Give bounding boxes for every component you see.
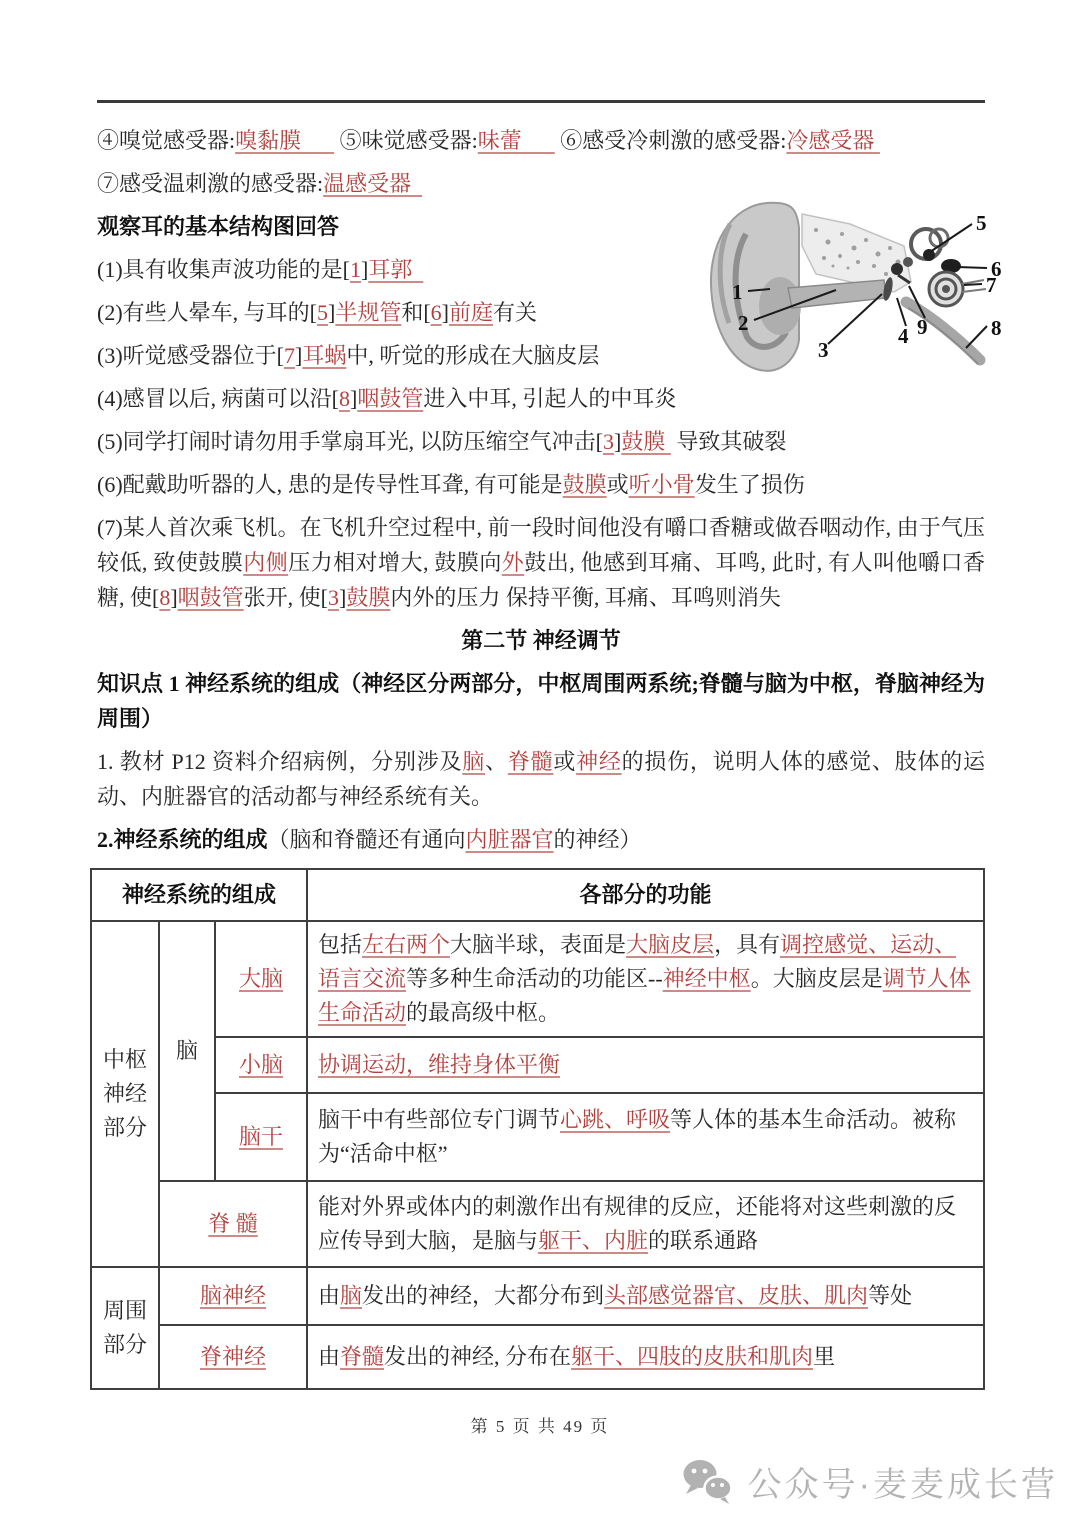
nervous-system-table: 神经系统的组成各部分的功能中枢 神经 部分脑大脑包括左右两个大脑半球，表面是大脑… [90,868,985,1390]
answer-text: 脑 [462,749,485,774]
answer-text: 躯干、四肢的皮肤和肌肉 [571,1344,813,1369]
answer-text: 咽鼓管 [178,585,244,610]
table-cell: 小脑 [215,1037,307,1093]
answer-text: 3 [328,585,339,610]
brand-footer: 公众号·麦麦成长营 [680,1455,1058,1507]
table-cell: 脊神经 [159,1325,307,1389]
answer-text: 内脏器官 [466,827,554,852]
table-cell: 脑 [159,921,215,1181]
body-text: 或 [553,749,576,774]
body-text: 。大脑皮层是 [751,966,883,991]
answer-text: 8 [339,386,350,411]
body-text: ⑦感受温刺激的感受器: [97,171,323,196]
body-text: 大脑半球，表面是 [450,932,626,957]
body-text: 中, 听觉的形成在大脑皮层 [346,343,599,368]
answer-text: 味蕾 [478,128,555,153]
ear-label-7: 7 [986,273,997,297]
brand-label: 公众号·麦麦成长营 [748,1457,1058,1506]
body-text: ④嗅觉感受器: [97,128,235,153]
answer-text: 脑 [340,1283,362,1308]
body-text: 等多种生命活动的功能区-- [406,966,663,991]
body-text: 包括 [318,932,362,957]
table-row: 脊 髓能对外界或体内的刺激作出有规律的反应，还能将对这些刺激的反应传导到大脑，是… [91,1181,984,1267]
ear-label-3: 3 [818,338,829,362]
answer-text: 耳蜗 [302,343,346,368]
page-number: 第 5 页 共 49 页 [0,1412,1080,1437]
ear-label-9: 9 [917,315,928,339]
paragraph: (5)同学打闹时请勿用手掌扇耳光, 以防压缩空气冲击[3]鼓膜 导致其破裂 [97,424,985,459]
body-text: 发生了损伤 [695,472,805,497]
table-cell: 由脊髓发出的神经, 分布在躯干、四肢的皮肤和肌肉里 [307,1325,984,1389]
answer-text: 前庭 [449,300,493,325]
body-text: ⑥感受冷刺激的感受器: [555,128,787,153]
answer-text: 大脑皮层 [626,932,714,957]
answer-text: 躯干、内脏 [538,1228,648,1253]
answer-text: 神经中枢 [663,966,751,991]
ear-label-8: 8 [991,316,1002,340]
table-cell: 能对外界或体内的刺激作出有规律的反应，还能将对这些刺激的反应传导到大脑，是脑与躯… [307,1181,984,1267]
ear-diagram-illustration: 1 2 3 4 9 5 6 7 8 [698,196,1016,378]
answer-text: 外 [502,550,524,575]
body-text: (5)同学打闹时请勿用手掌扇耳光, 以防压缩空气冲击[ [97,429,603,454]
table-header-row: 神经系统的组成各部分的功能 [91,869,984,921]
paragraph: (7)某人首次乘飞机。在飞机升空过程中, 前一段时间他没有嚼口香糖或做吞咽动作,… [97,510,985,615]
paragraph: (6)配戴助听器的人, 患的是传导性耳聋, 有可能是鼓膜或听小骨发生了损伤 [97,467,985,502]
answer-text: 8 [159,585,170,610]
table: 神经系统的组成各部分的功能中枢 神经 部分脑大脑包括左右两个大脑半球，表面是大脑… [90,868,985,1390]
body-text: (4)感冒以后, 病菌可以沿[ [97,386,339,411]
body-text: 的联系通路 [648,1228,758,1253]
table-cell: 脑干中有些部位专门调节心跳、呼吸等人体的基本生命活动。被称为“活命中枢” [307,1093,984,1181]
table-cell: 协调运动，维持身体平衡 [307,1037,984,1093]
paragraph: 1. 教材 P12 资料介绍病例，分别涉及脑、脊髓或神经的损伤，说明人体的感觉、… [97,744,985,814]
body-text: 张开, 使[ [244,585,328,610]
answer-text: 内侧 [243,550,288,575]
body-text: 由 [318,1283,340,1308]
answer-text: 冷感受器 [786,128,880,153]
table-row: 脑干脑干中有些部位专门调节心跳、呼吸等人体的基本生命活动。被称为“活命中枢” [91,1093,984,1181]
body-text: 发出的神经, 分布在 [384,1344,571,1369]
answer-text: 5 [317,300,328,325]
paragraph: ④嗅觉感受器:嗅黏膜 ⑤味觉感受器:味蕾 ⑥感受冷刺激的感受器:冷感受器 [97,123,985,158]
answer-text: 脊髓 [508,749,554,774]
body-text: ⑤味觉感受器: [334,128,478,153]
body-text: 或 [607,472,629,497]
document-page: ④嗅觉感受器:嗅黏膜 ⑤味觉感受器:味蕾 ⑥感受冷刺激的感受器:冷感受器 ⑦感受… [0,0,1080,1527]
body-text: (6)配戴助听器的人, 患的是传导性耳聋, 有可能是 [97,472,563,497]
body-text: ] [442,300,449,325]
answer-text: 咽鼓管 [357,386,423,411]
answer-text: 3 [603,429,614,454]
answer-text: 嗅黏膜 [235,128,334,153]
table-cell: 脑神经 [159,1267,307,1325]
table-row: 中枢 神经 部分脑大脑包括左右两个大脑半球，表面是大脑皮层，具有调控感觉、运动、… [91,921,984,1037]
answer-text: 温感受器 [323,171,422,196]
body-text: 1. 教材 P12 资料介绍病例，分别涉及 [97,749,462,774]
answer-text: 6 [431,300,442,325]
body-text: （脑和脊髓还有通向 [268,827,466,852]
answer-text: 左右两个 [362,932,450,957]
body-text: 知识点 1 神经系统的组成（神经区分两部分，中枢周围两系统;脊髓与脑为中枢，脊脑… [97,671,985,731]
answer-text: 鼓膜 [346,585,390,610]
answer-text: 脊髓 [340,1344,384,1369]
body-text: 2.神经系统的组成 [97,827,268,852]
body-text: 的神经） [554,827,642,852]
body-text: 由 [318,1344,340,1369]
table-header-composition: 神经系统的组成 [91,869,307,921]
body-text: 和[ [401,300,430,325]
body-text: ，具有 [714,932,780,957]
body-text: 、 [485,749,508,774]
ear-anatomy-figure: 1 2 3 4 9 5 6 7 8 [698,196,1016,378]
paragraph: (4)感冒以后, 病菌可以沿[8]咽鼓管进入中耳, 引起人的中耳炎 [97,381,985,416]
body-text: 压力相对增大, 鼓膜向 [288,550,502,575]
body-text: 观察耳的基本结构图回答 [97,214,339,239]
paragraph: 2.神经系统的组成（脑和脊髓还有通向内脏器官的神经） [97,822,985,857]
body-text: (2)有些人晕车, 与耳的[ [97,300,317,325]
body-text: 内外的压力 保持平衡, 耳痛、耳鸣则消失 [390,585,781,610]
table-row: 周围 部分脑神经由脑发出的神经，大都分布到头部感觉器官、皮肤、肌肉等处 [91,1267,984,1325]
body-text: (1)具有收集声波功能的是[ [97,257,350,282]
ear-label-4: 4 [898,324,909,348]
table-cell: 包括左右两个大脑半球，表面是大脑皮层，具有调控感觉、运动、语言交流等多种生命活动… [307,921,984,1037]
body-text: 第二节 神经调节 [461,628,621,653]
answer-text: 神经 [576,749,622,774]
wechat-bubbles-icon [680,1458,734,1504]
table-cell: 脑干 [215,1093,307,1181]
table-cell: 周围 部分 [91,1267,159,1389]
body-text: 进入中耳, 引起人的中耳炎 [423,386,676,411]
body-text: 脑干中有些部位专门调节 [318,1107,560,1132]
body-text: 的最高级中枢。 [406,1000,560,1025]
answer-text: 1 [350,257,361,282]
answer-text: 鼓膜 [563,472,607,497]
paragraph: 知识点 1 神经系统的组成（神经区分两部分，中枢周围两系统;脊髓与脑为中枢，脊脑… [97,666,985,736]
ear-label-2: 2 [738,311,749,335]
table-cell: 由脑发出的神经，大都分布到头部感觉器官、皮肤、肌肉等处 [307,1267,984,1325]
table-cell: 大脑 [215,921,307,1037]
table-cell: 脊 髓 [159,1181,307,1267]
body-text: ] [170,585,177,610]
table-cell: 中枢 神经 部分 [91,921,159,1267]
body-text: 导致其破裂 [671,429,787,454]
answer-text: 半规管 [335,300,401,325]
answer-text: 耳郭 [368,257,423,282]
body-text: 发出的神经，大都分布到 [362,1283,604,1308]
answer-text: 鼓膜 [621,429,671,454]
table-header-function: 各部分的功能 [307,869,984,921]
body-text: (3)听觉感受器位于[ [97,343,284,368]
answer-text: 听小骨 [629,472,695,497]
ear-label-1: 1 [732,280,743,304]
table-row: 小脑协调运动，维持身体平衡 [91,1037,984,1093]
body-text: 里 [813,1344,835,1369]
answer-text: 7 [284,343,295,368]
answer-text: 头部感觉器官、皮肤、肌肉 [604,1283,868,1308]
paragraph: 第二节 神经调节 [97,623,985,658]
ear-label-5: 5 [976,211,987,235]
answer-text: 协调运动，维持身体平衡 [318,1052,560,1077]
body-text: 有关 [493,300,537,325]
table-row: 脊神经由脊髓发出的神经, 分布在躯干、四肢的皮肤和肌肉里 [91,1325,984,1389]
answer-text: 心跳、呼吸 [560,1107,670,1132]
body-text: 等处 [868,1283,912,1308]
